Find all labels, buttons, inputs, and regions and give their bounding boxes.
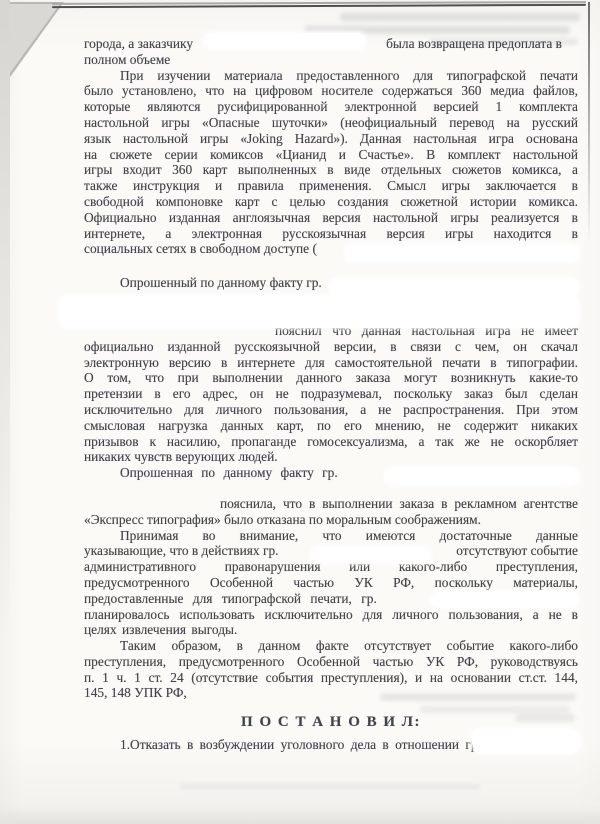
text-block: города, а заказчикубыла возвращена предо…	[84, 36, 578, 753]
document-line: «Экспресс типография» было отказана по м…	[84, 512, 578, 528]
document-line: исключительно для личного пользования, а…	[84, 402, 578, 418]
document-line: свободной компоновке карт с целью создан…	[84, 194, 578, 210]
redaction-patch	[205, 33, 365, 48]
document-line: Принимая во внимание, что имеются достат…	[120, 528, 578, 544]
document-line: планировалось использовать исключительно…	[84, 607, 578, 623]
scanner-edge-left	[0, 0, 10, 640]
document-line: преступления, предусмотренного Особенной…	[84, 654, 578, 670]
document-line: целях извлечения выгоды.	[84, 622, 578, 638]
document-line: интернете, а электронная русскоязычная в…	[84, 226, 578, 242]
document-line: предусмотренного Особенной частью УК РФ,…	[84, 575, 578, 591]
redaction-patch	[345, 245, 578, 261]
document-line: При изучении материала предоставленного …	[120, 68, 578, 84]
redaction-patch	[60, 296, 578, 327]
line-text: была возвращена предоплата в	[386, 36, 562, 52]
scan-artifact	[180, 784, 480, 789]
document-line: Таким образом, в данном факте отсутствуе…	[120, 638, 578, 654]
document-line: смысловая нагрузка данных карт, по его м…	[84, 418, 578, 434]
document-line: призывов к насилию, пропаганде гомосексу…	[84, 434, 578, 450]
document-line: О том, что при выполнении данного заказа…	[84, 370, 578, 386]
document-line: никаких чувств верующих людей.	[84, 449, 578, 465]
document-line: претензии в его адрес, он не подразумева…	[84, 386, 578, 402]
document-line: на сюжете серии комиксов «Цианид и Счаст…	[84, 147, 578, 163]
document-line: электронную версию в интернете для самос…	[84, 355, 578, 371]
scan-bottom-shadow	[0, 806, 600, 824]
redaction-patch	[330, 279, 578, 295]
line-text: города, а заказчику	[84, 36, 193, 52]
document-line: 145, 148 УПК РФ,	[84, 685, 578, 701]
redaction-patch	[432, 592, 578, 607]
document-line: язык настольной игры «Joking Hazard»). Д…	[84, 131, 578, 147]
document-line: также инструкция и правила применения. С…	[84, 178, 578, 194]
document-line: п. 1 ч. 1 ст. 24 (отсутствие события пре…	[84, 670, 578, 686]
document-line: игры входит 360 карт выполненных в виде …	[84, 162, 578, 178]
document-line: которые являются русифицированной электр…	[84, 99, 578, 115]
scan-right-edge-line	[588, 2, 590, 242]
document-line: было установлено, что на цифровом носите…	[84, 83, 578, 99]
redaction-patch	[472, 729, 580, 753]
redaction-patch	[312, 547, 430, 562]
scan-artifact	[340, 13, 580, 21]
document-line: пояснила, что в выполнении заказа в рекл…	[220, 496, 578, 512]
line-text: отсутствуют событие	[456, 543, 578, 559]
redaction-patch	[385, 468, 578, 484]
document-line: настольной игры «Опасные шуточки» (неофи…	[84, 115, 578, 131]
line-text: указывающие, что в действиях гр.	[84, 543, 279, 559]
document-line: полном объеме	[84, 52, 578, 68]
document-line: официально изданной русскоязычной версии…	[84, 339, 578, 355]
document-line: Официально изданная англоязычная версия …	[84, 210, 578, 226]
